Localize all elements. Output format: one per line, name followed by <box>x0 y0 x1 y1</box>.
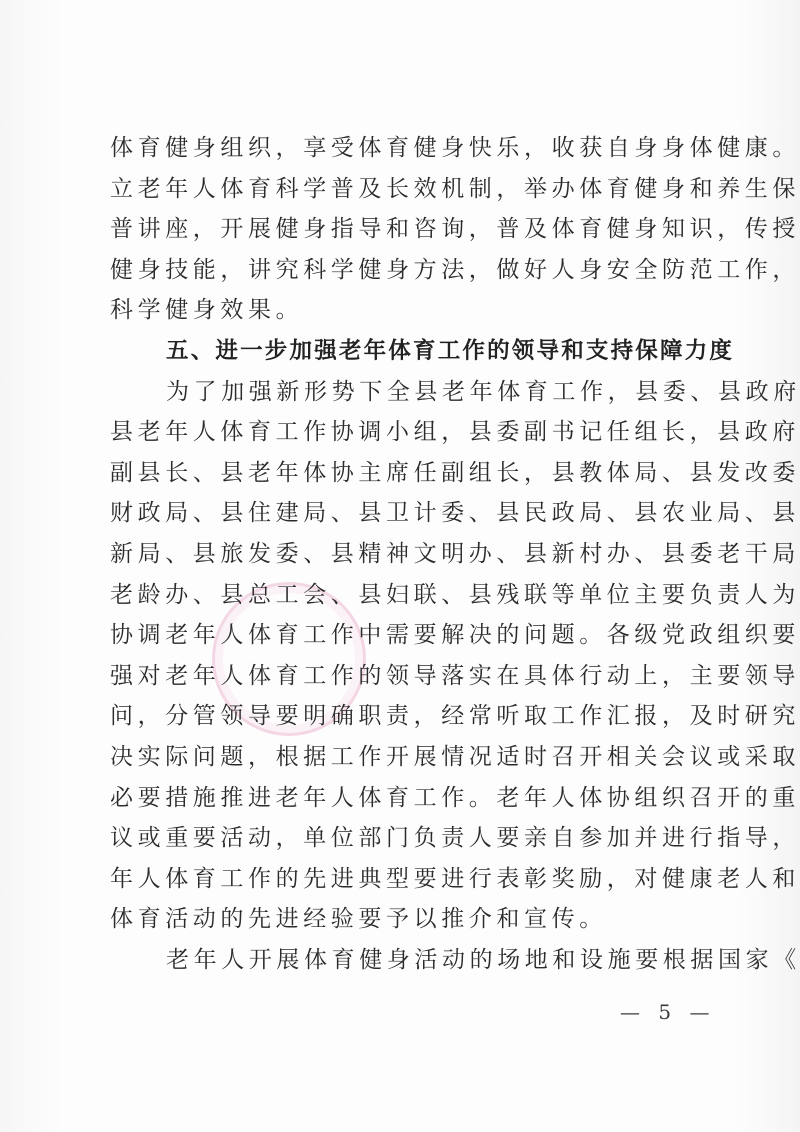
text-line: 为了加强新形势下全县老年体育工作，县委、县政府成立 <box>110 372 706 413</box>
text-line: 财政局、县住建局、县卫计委、县民政局、县农业局、县文广 <box>110 493 706 534</box>
section-heading: 五、进一步加强老年体育工作的领导和支持保障力度 <box>110 331 706 372</box>
text-line: 体育活动的先进经验要予以推介和宣传。 <box>110 899 706 940</box>
paragraph-facilities: 老年人开展体育健身活动的场地和设施要根据国家《公共 <box>110 940 706 981</box>
text-line: 科学健身效果。 <box>110 290 706 331</box>
text-line: 协调老年人体育工作中需要解决的问题。各级党政组织要把加 <box>110 615 706 656</box>
text-line: 老龄办、县总工会、县妇联、县残联等单位主要负责人为成员， <box>110 575 706 616</box>
paragraph-leadership: 为了加强新形势下全县老年体育工作，县委、县政府成立 县老年人体育工作协调小组，县… <box>110 372 706 940</box>
text-line: 健身技能，讲究科学健身方法，做好人身安全防范工作，提高 <box>110 250 706 291</box>
text-line: 决实际问题，根据工作开展情况适时召开相关会议或采取其他 <box>110 737 706 778</box>
text-line: 新局、县旅发委、县精神文明办、县新村办、县委老干局、县 <box>110 534 706 575</box>
text-line: 副县长、县老年体协主席任副组长，县教体局、县发改委、县 <box>110 453 706 494</box>
text-line: 强对老年人体育工作的领导落实在具体行动上，主要领导要过 <box>110 656 706 697</box>
text-line: 立老年人体育科学普及长效机制，举办体育健身和养生保健科 <box>110 169 706 210</box>
text-line: 普讲座，开展健身指导和咨询，普及体育健身知识，传授体育 <box>110 209 706 250</box>
document-page: 体育健身组织，享受体育健身快乐，收获自身身体健康。要建 立老年人体育科学普及长效… <box>0 0 800 1132</box>
text-line: 必要措施推进老年人体育工作。老年人体协组织召开的重要会 <box>110 778 706 819</box>
text-line: 议或重要活动，单位部门负责人要亲自参加并进行指导，对老 <box>110 818 706 859</box>
text-line: 县老年人体育工作协调小组，县委副书记任组长，县政府分管 <box>110 412 706 453</box>
text-line: 问，分管领导要明确职责，经常听取工作汇报，及时研究并解 <box>110 696 706 737</box>
text-line: 体育健身组织，享受体育健身快乐，收获自身身体健康。要建 <box>110 128 706 169</box>
text-line: 老年人开展体育健身活动的场地和设施要根据国家《公共 <box>110 940 706 981</box>
document-body: 体育健身组织，享受体育健身快乐，收获自身身体健康。要建 立老年人体育科学普及长效… <box>110 128 706 980</box>
page-number: — 5 — <box>620 1000 715 1024</box>
paragraph-continuation: 体育健身组织，享受体育健身快乐，收获自身身体健康。要建 立老年人体育科学普及长效… <box>110 128 706 331</box>
text-line: 年人体育工作的先进典型要进行表彰奖励，对健康老人和健身 <box>110 859 706 900</box>
